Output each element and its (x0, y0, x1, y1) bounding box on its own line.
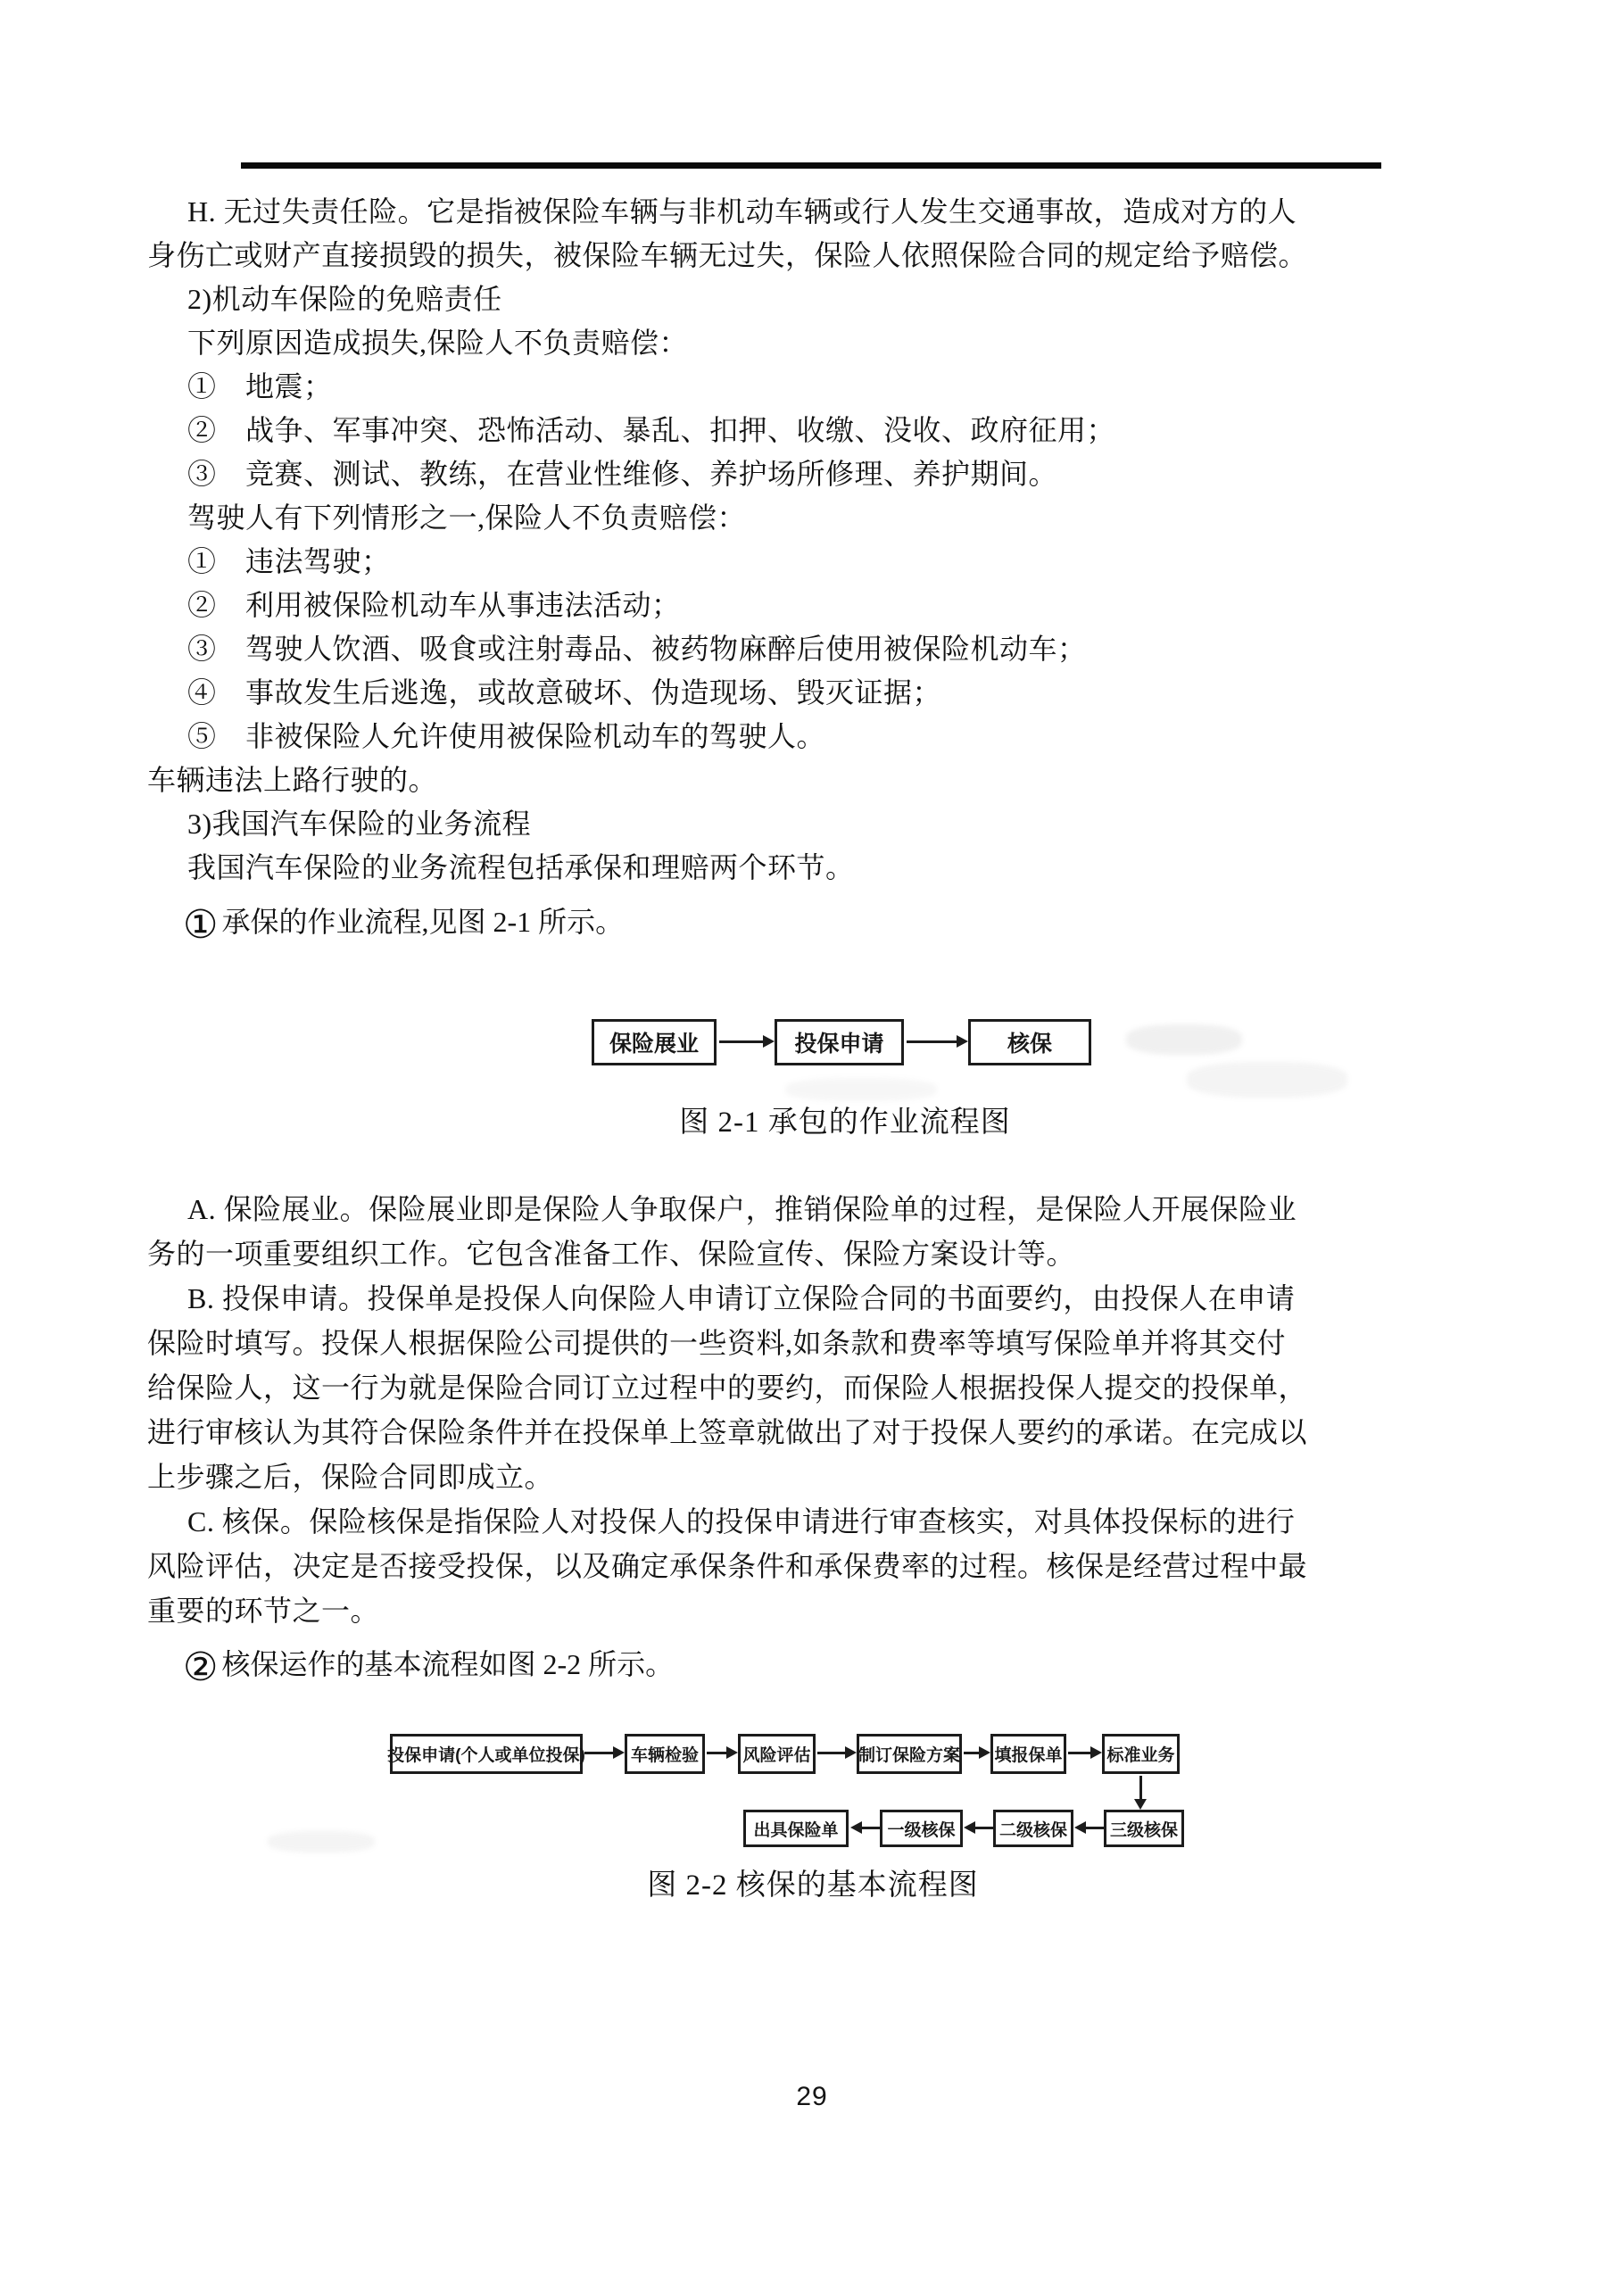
arrow-left-icon (974, 1827, 993, 1829)
figure2-caption: 图 2-2 核保的基本流程图 (647, 1861, 979, 1903)
body-line: 务的一项重要组织工作。它包含准备工作、保险宣传、保险方案设计等。 (147, 1231, 1404, 1276)
body-line: C. 核保。保险核保是指保险人对投保人的投保申请进行审查核实，对具体投保标的进行 (147, 1499, 1404, 1544)
arrow-left-icon (1085, 1827, 1104, 1829)
flow-step: 保险展业 (592, 1019, 717, 1065)
body-line: 身伤亡或财产直接损毁的损失，被保险车辆无过失，保险人依照保险合同的规定给予赔偿。 (147, 234, 1404, 278)
flow-step: 投保申请(个人或单位投保) (390, 1734, 583, 1774)
arrow-right-icon (719, 1040, 764, 1043)
list-item: ① 违法驾驶； (147, 540, 1404, 584)
body-line: A. 保险展业。保险展业即是保险人争取保户，推销保险单的过程，是保险人开展保险业 (147, 1187, 1404, 1231)
circled-number: ① (183, 903, 218, 947)
flow-step: 制订保险方案 (857, 1734, 962, 1774)
intro-text: 核保运作的基本流程如图 2-2 所示。 (221, 1648, 674, 1680)
flow-step: 风险评估 (738, 1734, 816, 1774)
body-text-block-1: H. 无过失责任险。它是指被保险车辆与非机动车辆或行人发生交通事故，造成对方的人… (147, 190, 1404, 890)
body-line: 重要的环节之一。 (147, 1588, 1404, 1633)
body-line: 进行审核认为其符合保险条件并在投保单上签章就做出了对于投保人要约的承诺。在完成以 (147, 1410, 1404, 1455)
flow-step: 标准业务 (1102, 1734, 1180, 1774)
intro-text: 承保的作业流程,见图 2-1 所示。 (221, 906, 624, 938)
list-item: ③ 驾驶人饮酒、吸食或注射毒品、被药物麻醉后使用被保险机动车； (147, 627, 1404, 671)
figure1-intro-line: ①承保的作业流程,见图 2-1 所示。 (183, 899, 624, 948)
flow-step: 投保申请 (775, 1019, 904, 1065)
body-line: H. 无过失责任险。它是指被保险车辆与非机动车辆或行人发生交通事故，造成对方的人 (147, 190, 1404, 234)
arrow-right-icon (907, 1040, 957, 1043)
header-rule (241, 162, 1381, 169)
arrow-right-icon (707, 1752, 727, 1754)
body-text-block-2: A. 保险展业。保险展业即是保险人争取保户，推销保险单的过程，是保险人开展保险业… (147, 1187, 1404, 1633)
list-item: ① 地震； (147, 365, 1404, 409)
arrow-right-icon (1068, 1752, 1091, 1754)
page-number: 29 (0, 2082, 1624, 2112)
figure1-caption: 图 2-1 承包的作业流程图 (679, 1098, 1011, 1140)
body-line: 给保险人，这一行为就是保险合同订立过程中的要约，而保险人根据投保人提交的投保单， (147, 1365, 1404, 1410)
scan-artifact (785, 1078, 937, 1101)
arrow-left-icon (861, 1827, 880, 1829)
scan-artifact (1187, 1062, 1347, 1098)
body-line: 2)机动车保险的免赔责任 (147, 278, 1404, 321)
flow-step: 一级核保 (880, 1810, 963, 1847)
arrow-right-icon (964, 1752, 980, 1754)
list-item: ③ 竞赛、测试、教练，在营业性维修、养护场所修理、养护期间。 (147, 452, 1404, 496)
body-line: 驾驶人有下列情形之一,保险人不负责赔偿： (147, 496, 1404, 540)
body-line: 风险评估，决定是否接受投保，以及确定承保条件和承保费率的过程。核保是经营过程中最 (147, 1544, 1404, 1588)
flow-step: 二级核保 (993, 1810, 1073, 1847)
flow-step: 填报保单 (990, 1734, 1066, 1774)
body-line: 3)我国汽车保险的业务流程 (147, 802, 1404, 846)
circled-number: ② (183, 1645, 218, 1689)
flow-step: 三级核保 (1104, 1810, 1184, 1847)
flow-step: 车辆检验 (625, 1734, 705, 1774)
body-line: 车辆违法上路行驶的。 (147, 758, 1404, 802)
flow-step: 核保 (968, 1019, 1091, 1065)
body-line: 我国汽车保险的业务流程包括承保和理赔两个环节。 (147, 846, 1404, 890)
list-item: ② 利用被保险机动车从事违法活动； (147, 584, 1404, 627)
body-line: 保险时填写。投保人根据保险公司提供的一些资料,如条款和费率等填写保险单并将其交付 (147, 1321, 1404, 1365)
figure2-intro-line: ②核保运作的基本流程如图 2-2 所示。 (183, 1642, 674, 1690)
scan-artifact (1126, 1024, 1242, 1055)
list-item: ④ 事故发生后逃逸，或故意破坏、伪造现场、毁灭证据； (147, 671, 1404, 715)
scan-artifact (268, 1831, 375, 1853)
list-item: ⑤ 非被保险人允许使用被保险机动车的驾驶人。 (147, 715, 1404, 758)
document-page: H. 无过失责任险。它是指被保险车辆与非机动车辆或行人发生交通事故，造成对方的人… (0, 0, 1624, 2296)
list-item: ② 战争、军事冲突、恐怖活动、暴乱、扣押、收缴、没收、政府征用； (147, 409, 1404, 452)
body-line: 下列原因造成损失,保险人不负责赔偿： (147, 321, 1404, 365)
body-line: 上步骤之后，保险合同即成立。 (147, 1455, 1404, 1499)
arrow-right-icon (817, 1752, 846, 1754)
body-line: B. 投保申请。投保单是投保人向保险人申请订立保险合同的书面要约，由投保人在申请 (147, 1276, 1404, 1321)
arrow-down-icon (1139, 1776, 1142, 1800)
flow-step: 出具保险单 (743, 1810, 849, 1847)
arrow-right-icon (584, 1752, 614, 1754)
